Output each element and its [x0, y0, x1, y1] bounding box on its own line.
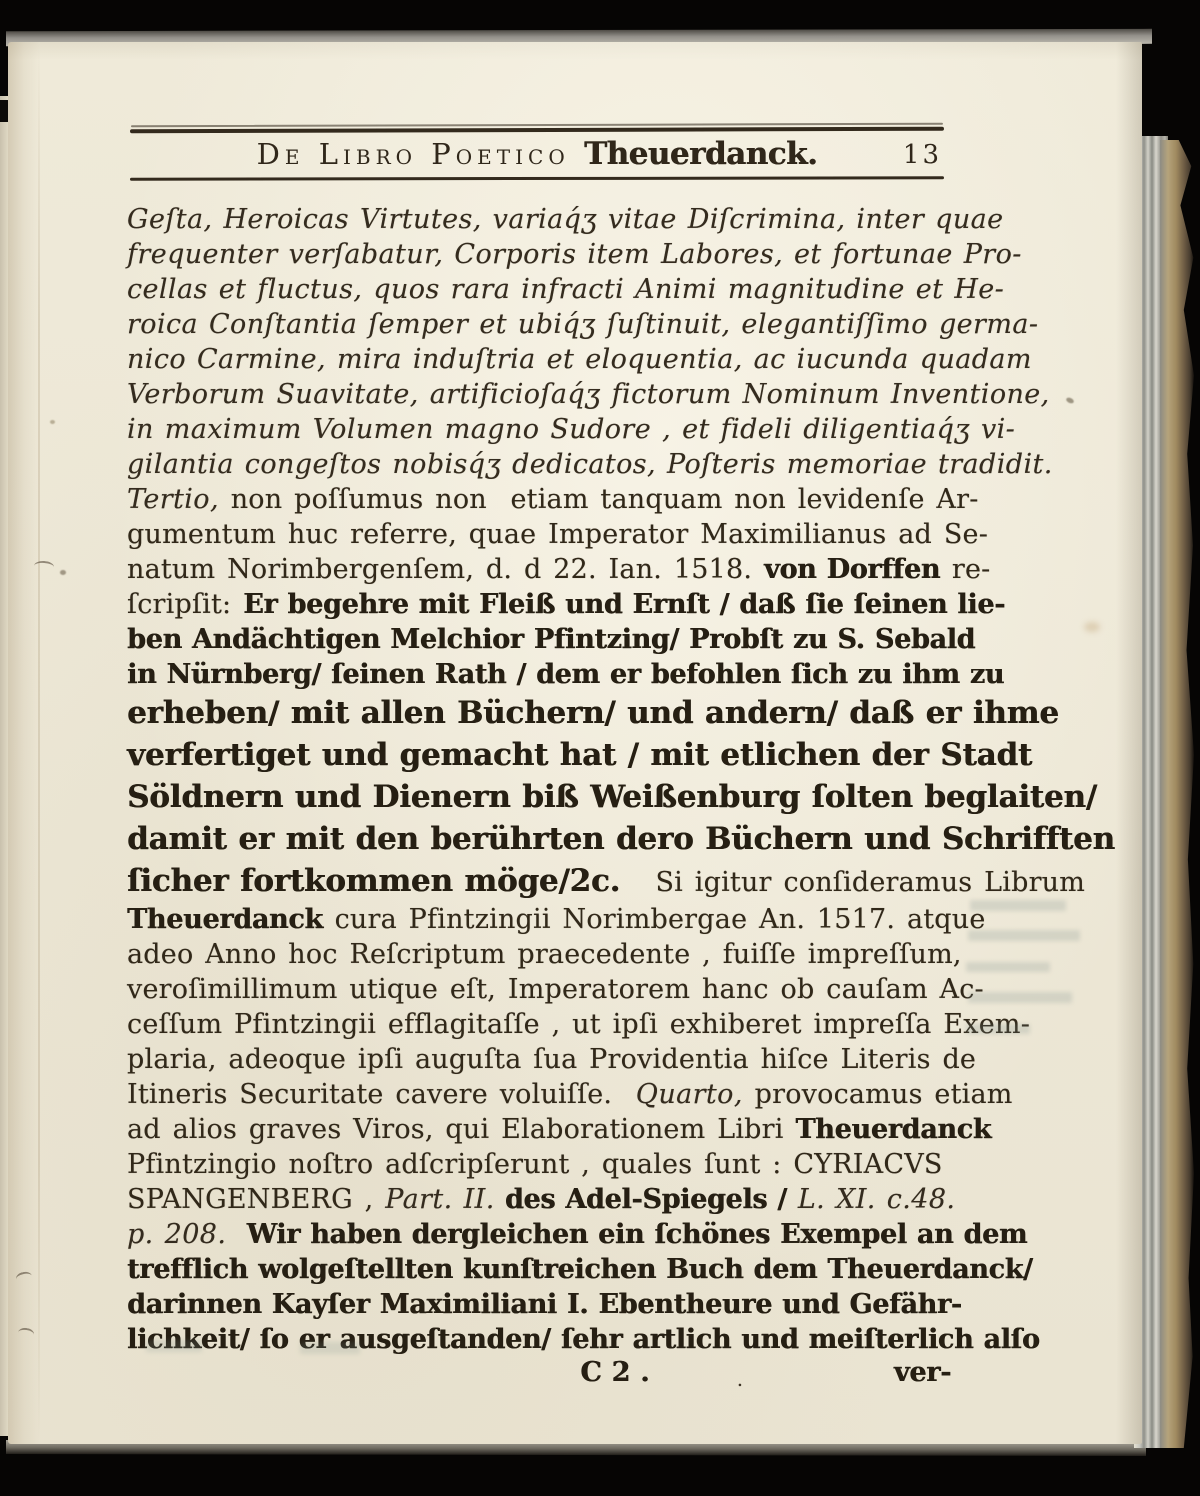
text-line: adeo Anno hoc Reſcriptum praecedente , f…	[127, 937, 951, 972]
running-head-latin: De Libro Poetico	[257, 137, 584, 171]
text-segment: nico Carmine, mira induſtria et eloquent…	[127, 344, 1032, 375]
book-page: De Libro Poetico Theuerdanck.13 Geſta, H…	[8, 42, 1142, 1444]
quire-signature: C 2 .	[580, 1357, 649, 1388]
paper-speck	[50, 420, 55, 424]
text-segment: Verborum Suavitate, artificioſaq́ʒ ficto…	[127, 379, 1050, 410]
text-segment: re-	[940, 554, 990, 585]
text-line: Tertio, non poſſumus non etiam tanquam n…	[127, 482, 951, 517]
show-through-text	[146, 1340, 202, 1352]
text-line: Verborum Suavitate, artificioſaq́ʒ ficto…	[127, 377, 951, 412]
page-number: 13	[903, 140, 942, 170]
text-line: Pfintzingio noſtro adſcripſerunt , quale…	[127, 1147, 951, 1182]
text-line: veroſimillimum utique eſt, Imperatorem h…	[127, 972, 951, 1007]
text-segment: in maximum Volumen magno Sudore , et fid…	[127, 414, 1015, 445]
text-segment: gilantia congeſtos nobisq́ʒ dedicatos, P…	[127, 449, 1053, 480]
text-line: frequenter verſabatur, Corporis item Lab…	[127, 237, 951, 272]
header-rule-bottom	[130, 176, 944, 180]
paper-notch	[15, 1270, 33, 1284]
text-segment: Geſta, Heroicas Virtutes, variaq́ʒ vitae…	[127, 204, 1004, 235]
text-segment: erheben/ mit allen Büchern/ und andern/ …	[127, 695, 1059, 731]
paper-speck	[60, 570, 66, 575]
text-line: erheben/ mit allen Büchern/ und andern/ …	[127, 692, 951, 734]
text-line: ben Andächtigen Melchior Pfintzing/ Prob…	[127, 622, 951, 657]
signature-line: C 2 . . ver-	[127, 1357, 951, 1399]
text-segment: veroſimillimum utique eſt, Imperatorem h…	[127, 974, 984, 1005]
text-segment: Part. II.	[385, 1184, 495, 1215]
running-head-fraktur: Theuerdanck.	[584, 136, 817, 172]
text-segment: non poſſumus non etiam tanquam non levid…	[219, 484, 979, 515]
text-segment: Itineris Securitate cavere voluiſſe.	[127, 1079, 636, 1110]
text-line: p. 208. Wir haben dergleichen ein ſchöne…	[127, 1217, 951, 1252]
text-segment: Tertio,	[127, 484, 219, 515]
text-line: ſicher fortkommen möge/2c. Si igitur con…	[127, 860, 951, 902]
text-line: Geſta, Heroicas Virtutes, variaq́ʒ vitae…	[127, 202, 951, 237]
text-line: natum Norimbergenſem, d. d 22. Ian. 1518…	[127, 552, 951, 587]
text-segment: cura Pfintzingii Norimbergae An. 1517. a…	[323, 904, 986, 935]
text-segment: p. 208.	[127, 1219, 226, 1250]
text-line: nico Carmine, mira induſtria et eloquent…	[127, 342, 951, 377]
foxing-stain	[1084, 622, 1100, 632]
text-segment: Theuerdanck	[795, 1114, 991, 1145]
text-line: cellas et fluctus, quos rara infracti An…	[127, 272, 951, 307]
text-segment: Wir haben dergleichen ein ſchönes Exempe…	[226, 1219, 1027, 1250]
text-segment: Si igitur conſideramus Librum	[620, 867, 1085, 898]
paper-notch	[34, 560, 55, 572]
show-through-text	[968, 930, 1080, 941]
stray-dot: .	[737, 1367, 743, 1391]
text-line: Itineris Securitate cavere voluiſſe. Qua…	[127, 1077, 951, 1112]
paper-speck	[1065, 397, 1074, 405]
show-through-text	[970, 900, 1066, 911]
paper-notch	[17, 1327, 34, 1340]
text-segment: verfertiget und gemacht hat / mit etlich…	[127, 737, 1032, 773]
book-photo: De Libro Poetico Theuerdanck.13 Geſta, H…	[0, 0, 1200, 1496]
text-segment: frequenter verſabatur, Corporis item Lab…	[127, 239, 1022, 270]
text-line: ad alios graves Viros, qui Elaborationem…	[127, 1112, 951, 1147]
text-segment: SPANGENBERG ,	[127, 1184, 385, 1215]
text-line: Söldnern und Dienern biß Weißenburg ſolt…	[127, 776, 951, 818]
text-line: SPANGENBERG , Part. II. des Adel-Spiegel…	[127, 1182, 951, 1217]
text-segment: adeo Anno hoc Reſcriptum praecedente , f…	[127, 939, 962, 970]
text-segment: in Nürnberg/ ſeinen Rath / dem er befohl…	[127, 659, 1004, 690]
text-line: gumentum huc referre, quae Imperator Max…	[127, 517, 951, 552]
text-line: gilantia congeſtos nobisq́ʒ dedicatos, P…	[127, 447, 951, 482]
text-line: verfertiget und gemacht hat / mit etlich…	[127, 734, 951, 776]
text-segment: Söldnern und Dienern biß Weißenburg ſolt…	[127, 779, 1097, 815]
text-segment: cellas et fluctus, quos rara infracti An…	[127, 274, 1004, 305]
text-segment: darinnen Kayſer Maximiliani I. Ebentheur…	[127, 1289, 962, 1320]
text-segment: L. XI. c.48.	[787, 1184, 956, 1215]
text-line: trefflich wolgeſtellten kunſtreichen Buc…	[127, 1252, 951, 1287]
text-line: in Nürnberg/ ſeinen Rath / dem er befohl…	[127, 657, 951, 692]
gutter-crease	[38, 42, 40, 1444]
catchword: ver-	[894, 1357, 951, 1388]
text-line: roica Conſtantia ſemper et ubiq́ʒ ſuſtin…	[127, 307, 951, 342]
text-segment: Er begehre mit Fleiß und Ernſt / daß ſie…	[243, 589, 1005, 620]
text-segment: ceſſum Pfintzingii efflagitaſſe , ut ipſ…	[127, 1009, 1030, 1040]
running-head: De Libro Poetico Theuerdanck.13	[130, 136, 944, 172]
text-segment: gumentum huc referre, quae Imperator Max…	[127, 519, 988, 550]
text-segment: plaria, adeoque ipſi auguſta ſua Provide…	[127, 1044, 976, 1075]
show-through-text	[966, 1024, 1030, 1034]
text-line: ſcripſit: Er begehre mit Fleiß und Ernſt…	[127, 587, 951, 622]
text-segment: damit er mit den berührten dero Büchern …	[127, 821, 1115, 857]
text-segment: des Adel-Spiegels /	[495, 1184, 787, 1215]
text-segment: natum Norimbergenſem, d. d 22. Ian. 1518…	[127, 554, 764, 585]
text-segment: Quarto,	[636, 1079, 743, 1110]
text-block: Geſta, Heroicas Virtutes, variaq́ʒ vitae…	[127, 202, 951, 1399]
text-line: Theuerdanck cura Pfintzingii Norimbergae…	[127, 902, 951, 937]
text-segment: ben Andächtigen Melchior Pfintzing/ Prob…	[127, 624, 975, 655]
text-line: lichkeit/ ſo er ausgeſtanden/ ſehr artli…	[127, 1322, 951, 1357]
text-line: plaria, adeoque ipſi auguſta ſua Provide…	[127, 1042, 951, 1077]
text-segment: Pfintzingio noſtro adſcripſerunt , quale…	[127, 1149, 943, 1180]
text-segment: trefflich wolgeſtellten kunſtreichen Buc…	[127, 1254, 1033, 1285]
header-rule-top	[130, 127, 944, 134]
text-line: damit er mit den berührten dero Büchern …	[127, 818, 951, 860]
text-segment: roica Conſtantia ſemper et ubiq́ʒ ſuſtin…	[127, 309, 1038, 340]
text-segment: Theuerdanck	[127, 904, 323, 935]
text-segment: ſcripſit:	[127, 589, 243, 620]
show-through-text	[300, 1342, 360, 1354]
text-segment: lichkeit/ ſo er ausgeſtanden/ ſehr artli…	[127, 1324, 1040, 1355]
show-through-text	[968, 992, 1072, 1003]
text-line: ceſſum Pfintzingii efflagitaſſe , ut ipſ…	[127, 1007, 951, 1042]
text-segment: provocamus etiam	[743, 1079, 1013, 1110]
show-through-text	[966, 962, 1050, 972]
text-segment: von Dorffen	[764, 554, 940, 585]
text-segment: ad alios graves Viros, qui Elaborationem…	[127, 1114, 795, 1145]
text-line: darinnen Kayſer Maximiliani I. Ebentheur…	[127, 1287, 951, 1322]
fore-edge-deckle	[1160, 140, 1194, 1448]
text-line: in maximum Volumen magno Sudore , et fid…	[127, 412, 951, 447]
text-segment: ſicher fortkommen möge/2c.	[127, 863, 620, 899]
